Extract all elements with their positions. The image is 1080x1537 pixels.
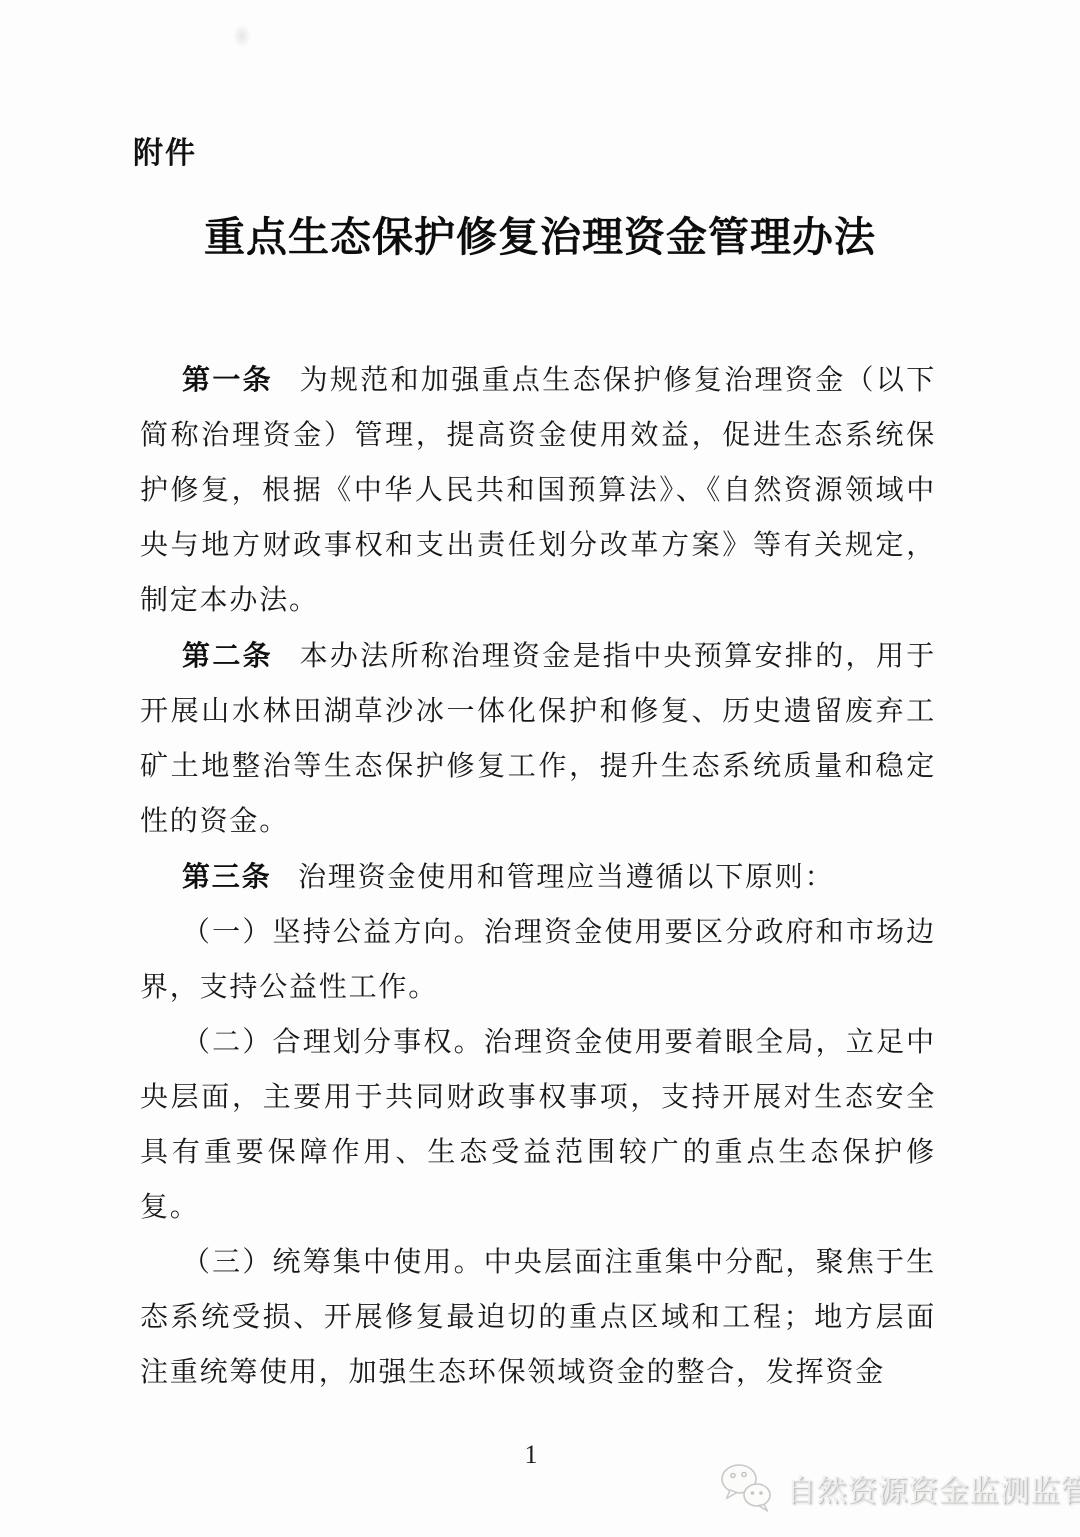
- paragraph-article-1: 第一条为规范和加强重点生态保护修复治理资金（以下简称治理资金）管理，提高资金使用…: [140, 352, 936, 628]
- watermark-text: 自然资源资金监测监管: [786, 1466, 1080, 1510]
- article-text: （一）坚持公益方向。治理资金使用要区分政府和市场边界，支持公益性工作。: [140, 917, 936, 1003]
- attachment-label: 附件: [133, 128, 197, 172]
- article-text: （二）合理划分事权。治理资金使用要着眼全局，立足中央层面，主要用于共同财政事权事…: [140, 1027, 936, 1223]
- article-number: 第一条: [182, 364, 273, 395]
- wechat-icon: [718, 1460, 774, 1516]
- article-text: 治理资金使用和管理应当遵循以下原则：: [298, 862, 834, 893]
- article-text: 为规范和加强重点生态保护修复治理资金（以下简称治理资金）管理，提高资金使用效益，…: [140, 365, 936, 616]
- paragraph-article-2: 第二条本办法所称治理资金是指中央预算安排的，用于开展山水林田湖草沙冰一体化保护和…: [140, 628, 936, 849]
- article-number: 第二条: [182, 640, 273, 671]
- paragraph-article-3: 第三条治理资金使用和管理应当遵循以下原则：: [140, 849, 936, 905]
- document-body: 第一条为规范和加强重点生态保护修复治理资金（以下简称治理资金）管理，提高资金使用…: [140, 352, 936, 1400]
- article-number: 第三条: [182, 861, 271, 892]
- paragraph-item-2: （二）合理划分事权。治理资金使用要着眼全局，立足中央层面，主要用于共同财政事权事…: [140, 1015, 936, 1235]
- document-page: 附件 重点生态保护修复治理资金管理办法 第一条为规范和加强重点生态保护修复治理资…: [0, 0, 1080, 1537]
- watermark: 自然资源资金监测监管: [718, 1460, 1080, 1516]
- scan-artifact: [233, 24, 251, 48]
- article-text: （三）统筹集中使用。中央层面注重集中分配，聚焦于生态系统受损、开展修复最迫切的重…: [140, 1247, 936, 1388]
- paragraph-item-3: （三）统筹集中使用。中央层面注重集中分配，聚焦于生态系统受损、开展修复最迫切的重…: [140, 1235, 936, 1400]
- paragraph-item-1: （一）坚持公益方向。治理资金使用要区分政府和市场边界，支持公益性工作。: [140, 905, 936, 1015]
- page-title: 重点生态保护修复治理资金管理办法: [0, 204, 1080, 263]
